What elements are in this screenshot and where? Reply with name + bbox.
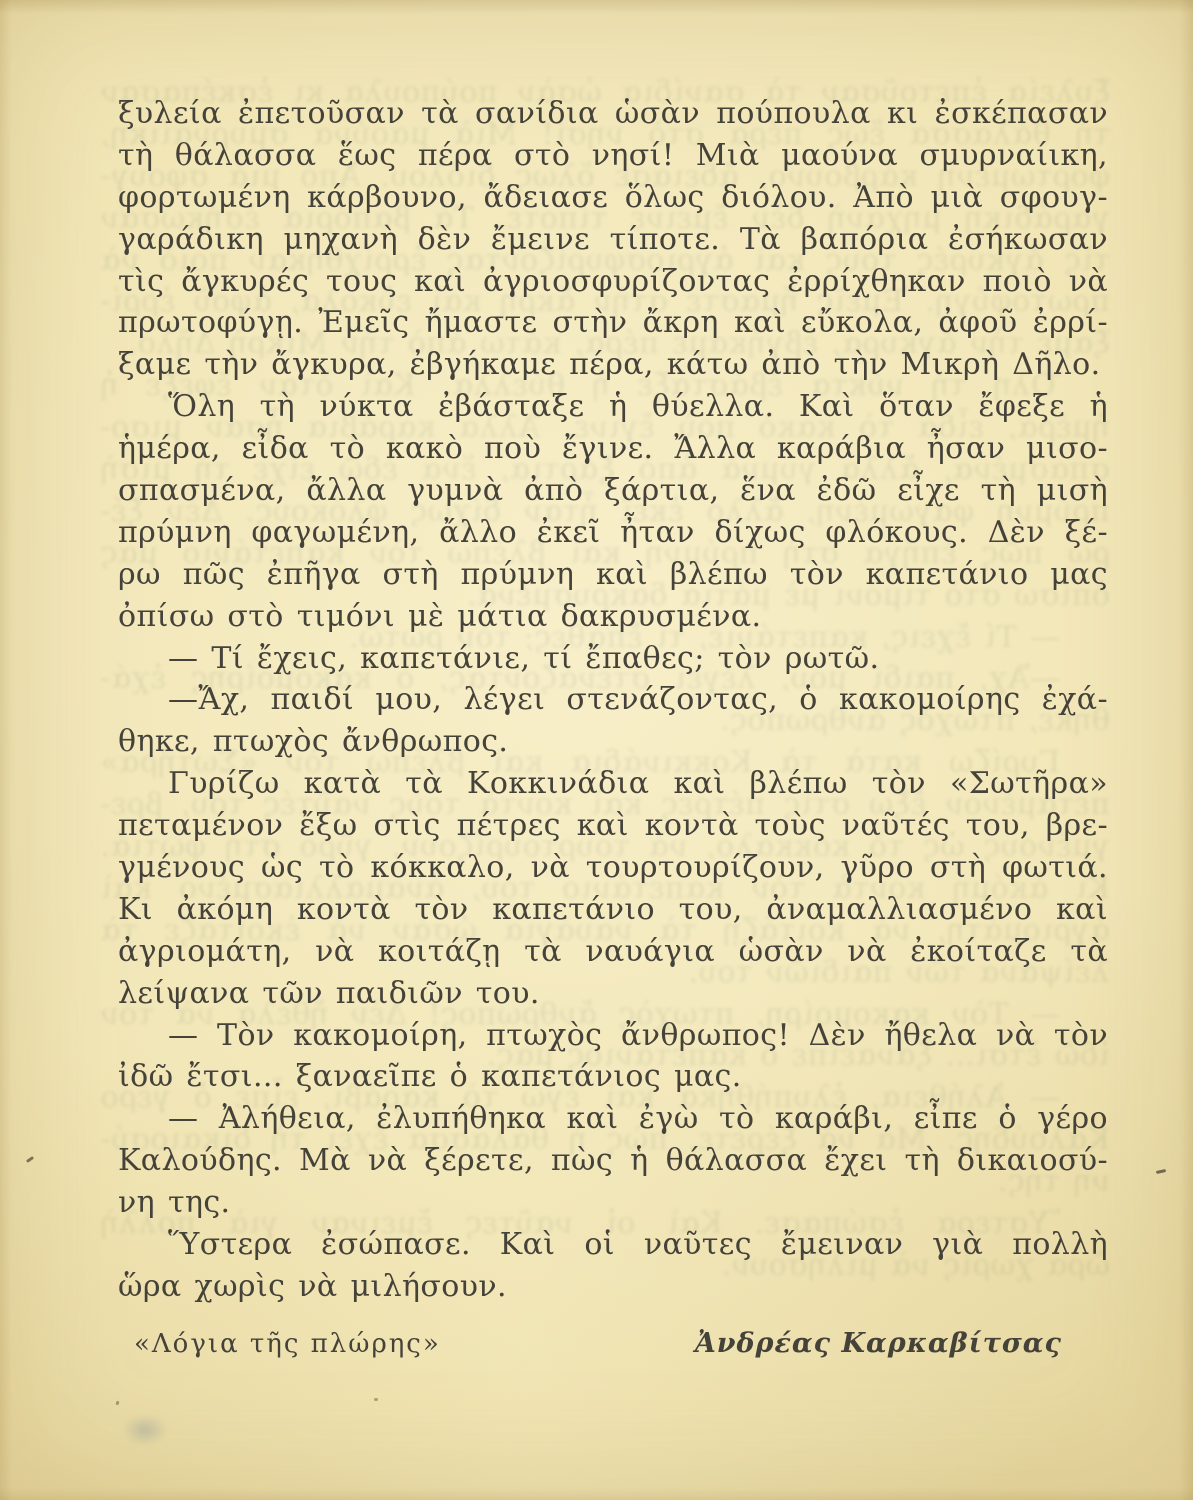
text-line: λείψανα τῶν παιδιῶν του. bbox=[118, 973, 1108, 1015]
text-line: θηκε, πτωχὸς ἄνθρωπος. bbox=[118, 721, 1108, 763]
author-attribution: Ἀνδρέας Καρκαβίτσας bbox=[695, 1328, 1062, 1359]
text-line: γαράδικη μηχανὴ δὲν ἔμεινε τίποτε. Τὰ βα… bbox=[118, 219, 1108, 261]
text-line: ὥρα χωρὶς νὰ μιλήσουν. bbox=[118, 1266, 1108, 1308]
text-line: ξυλεία ἐπετοῦσαν τὰ σανίδια ὡσὰν πούπουλ… bbox=[118, 93, 1108, 135]
text-line: ρω πῶς ἐπῆγα στὴ πρύμνη καὶ βλέπω τὸν κα… bbox=[118, 554, 1108, 596]
text-line: σπασμένα, ἄλλα γυμνὰ ἀπὸ ξάρτια, ἕνα ἐδῶ… bbox=[118, 470, 1108, 512]
text-line: ἡμέρα, εἶδα τὸ κακὸ ποὺ ἔγινε. Ἄλλα καρά… bbox=[118, 428, 1108, 470]
text-line: Καλούδης. Μὰ νὰ ξέρετε, πὼς ἡ θάλασσα ἔχ… bbox=[118, 1140, 1108, 1182]
text-line: ξαμε τὴν ἄγκυρα, ἐβγήκαμε πέρα, κάτω ἀπὸ… bbox=[118, 344, 1108, 386]
text-line: Ὅλη τὴ νύκτα ἐβάσταξε ἡ θύελλα. Καὶ ὅταν… bbox=[118, 386, 1108, 428]
text-line: πρύμνη φαγωμένη, ἄλλο ἐκεῖ ἦταν δίχως φλ… bbox=[118, 512, 1108, 554]
text-line: ἰδῶ ἔτσι... ξαναεῖπε ὁ καπετάνιος μας. bbox=[118, 1056, 1108, 1098]
text-line: Κι ἀκόμη κοντὰ τὸν καπετάνιο του, ἀναμαλ… bbox=[118, 889, 1108, 931]
text-line: —Ἄχ, παιδί μου, λέγει στενάζοντας, ὁ κακ… bbox=[118, 679, 1108, 721]
text-line: τὴ θάλασσα ἕως πέρα στὸ νησί! Μιὰ μαούνα… bbox=[118, 135, 1108, 177]
source-title: «Λόγια τῆς πλώρης» bbox=[134, 1329, 441, 1359]
text-line: πεταμένον ἔξω στὶς πέτρες καὶ κοντὰ τοὺς… bbox=[118, 805, 1108, 847]
text-line: τὶς ἄγκυρές τους καὶ ἀγριοσφυρίζοντας ἐρ… bbox=[118, 261, 1108, 303]
text-line: ἀγριομάτη, νὰ κοιτάζῃ τὰ ναυάγια ὡσὰν νὰ… bbox=[118, 931, 1108, 973]
scanned-book-page: { "page": { "paper_color": "#efe2ae", "i… bbox=[0, 0, 1193, 1500]
text-line: φορτωμένη κάρβουνο, ἄδειασε ὅλως διόλου.… bbox=[118, 177, 1108, 219]
body-text-block: ξυλεία ἐπετοῦσαν τὰ σανίδια ὡσὰν πούπουλ… bbox=[118, 93, 1108, 1308]
text-line: — Τὸν κακομοίρη, πτωχὸς ἄνθρωπος! Δὲν ἤθ… bbox=[118, 1015, 1108, 1057]
text-line: — Ἀλήθεια, ἐλυπήθηκα καὶ ἐγὼ τὸ καράβι, … bbox=[118, 1098, 1108, 1140]
text-line: Γυρίζω κατὰ τὰ Κοκκινάδια καὶ βλέπω τὸν … bbox=[118, 763, 1108, 805]
page-footer: «Λόγια τῆς πλώρης» Ἀνδρέας Καρκαβίτσας bbox=[118, 1328, 1108, 1359]
text-line: ὀπίσω στὸ τιμόνι μὲ μάτια δακρυσμένα. bbox=[118, 596, 1108, 638]
text-line: νη της. bbox=[118, 1182, 1108, 1224]
text-line: — Τί ἔχεις, καπετάνιε, τί ἔπαθες; τὸν ρω… bbox=[118, 638, 1108, 680]
text-line: Ὕστερα ἐσώπασε. Καὶ οἱ ναῦτες ἔμειναν γι… bbox=[118, 1224, 1108, 1266]
text-line: γμένους ὡς τὸ κόκκαλο, νὰ τουρτουρίζουν,… bbox=[118, 847, 1108, 889]
text-line: πρωτοφύγῃ. Ἐμεῖς ἤμαστε στὴν ἄκρη καὶ εὔ… bbox=[118, 302, 1108, 344]
